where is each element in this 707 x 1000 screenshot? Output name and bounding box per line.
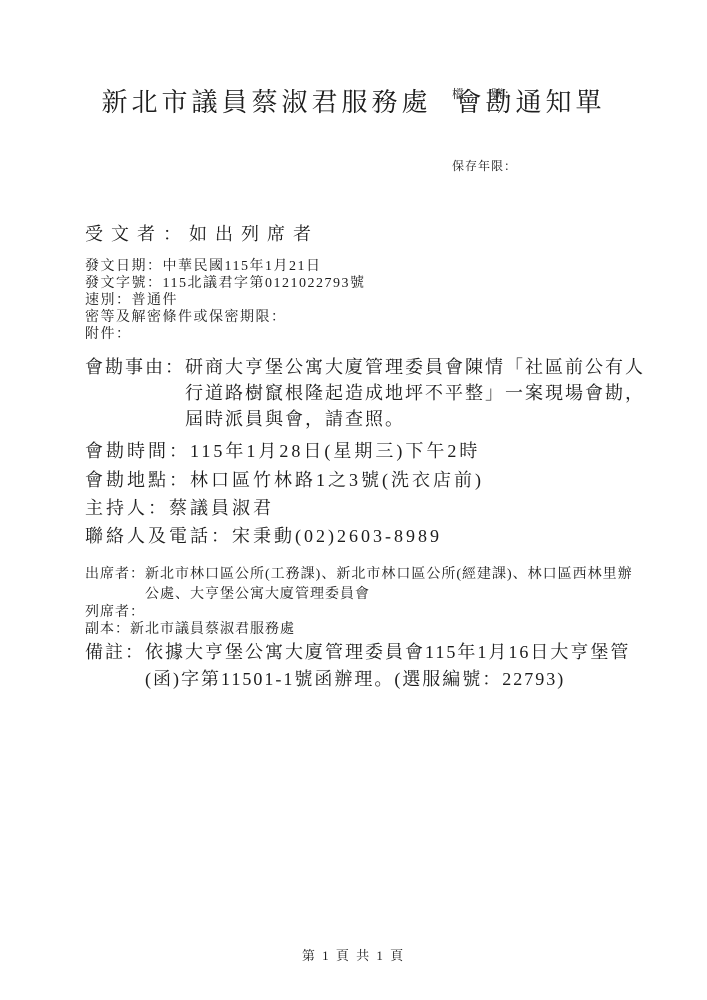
remarks-text: 依據大亨堡公寓大廈管理委員會115年1月16日大亨堡管 (函)字第11501-1…: [145, 639, 630, 693]
subject-label: 會勘事由：: [85, 354, 185, 380]
remarks-line: (函)字第11501-1號函辦理。(選服編號：22793): [145, 666, 630, 693]
issue-date-row: 發文日期：中華民國115年1月21日: [85, 258, 365, 275]
host-label: 主持人：: [85, 498, 169, 518]
issue-date-value: 中華民國115年1月21日: [163, 259, 322, 274]
cc-row: 副本：新北市議員蔡淑君服務處: [85, 620, 295, 640]
corner-labels: 檔 號： 保存年限：: [452, 34, 517, 226]
meta-block: 發文日期：中華民國115年1月21日 發文字號：115北議君字第01210227…: [85, 258, 365, 343]
retention-period-label: 保存年限：: [452, 154, 517, 178]
attendees-line: 公處、大亨堡公寓大廈管理委員會: [145, 585, 633, 605]
cc-value: 新北市議員蔡淑君服務處: [130, 622, 295, 637]
observers-label: 列席者：: [85, 605, 145, 620]
recipient-value: 如出列席者: [189, 224, 319, 244]
attachment-row: 附件：: [85, 326, 365, 343]
priority-value: 普通件: [132, 293, 179, 308]
recipient-label: 受文者：: [85, 224, 189, 244]
recipient-row: 受文者：如出列席者: [85, 220, 319, 246]
doc-number-row: 發文字號：115北議君字第0121022793號: [85, 275, 365, 292]
page-footer: 第 1 頁 共 1 頁: [0, 945, 707, 964]
priority-label: 速別：: [85, 293, 132, 308]
remarks-row: 備註： 依據大亨堡公寓大廈管理委員會115年1月16日大亨堡管 (函)字第115…: [85, 639, 630, 693]
attendees-label: 出席者：: [85, 565, 145, 585]
document-page: 檔 號： 保存年限： 新北市議員蔡淑君服務處會勘通知單 受文者：如出列席者 發文…: [0, 0, 707, 1000]
host-row: 主持人：蔡議員淑君: [85, 494, 274, 520]
inspection-time-label: 會勘時間：: [85, 441, 190, 461]
document-title: 新北市議員蔡淑君服務處會勘通知單: [0, 82, 707, 119]
inspection-location-label: 會勘地點：: [85, 470, 190, 490]
inspection-time-row: 會勘時間：115年1月28日(星期三)下午2時: [85, 437, 480, 463]
contact-row: 聯絡人及電話：宋秉動(02)2603-8989: [85, 522, 442, 548]
document-type: 會勘通知單: [456, 88, 606, 117]
doc-number-value: 115北議君字第0121022793號: [163, 276, 366, 291]
page-number: 第 1 頁 共 1 頁: [302, 948, 405, 963]
doc-number-label: 發文字號：: [85, 276, 163, 291]
subject-line: 研商大亨堡公寓大廈管理委員會陳情「社區前公有人: [185, 354, 645, 380]
contact-label: 聯絡人及電話：: [85, 526, 232, 546]
cc-label: 副本：: [85, 622, 130, 637]
office-name: 新北市議員蔡淑君服務處: [101, 88, 431, 117]
attendees-line: 新北市林口區公所(工務課)、新北市林口區公所(經建課)、林口區西林里辦: [145, 565, 633, 585]
attachment-label: 附件：: [85, 327, 132, 342]
attendees-text: 新北市林口區公所(工務課)、新北市林口區公所(經建課)、林口區西林里辦 公處、大…: [145, 565, 633, 605]
subject-line: 屆時派員與會，請查照。: [185, 406, 645, 432]
subject-row: 會勘事由： 研商大亨堡公寓大廈管理委員會陳情「社區前公有人 行道路樹竄根隆起造成…: [85, 354, 645, 432]
remarks-label: 備註：: [85, 639, 145, 666]
inspection-location-value: 林口區竹林路1之3號(洗衣店前): [190, 470, 484, 490]
inspection-location-row: 會勘地點：林口區竹林路1之3號(洗衣店前): [85, 466, 484, 492]
host-value: 蔡議員淑君: [169, 498, 274, 518]
remarks-line: 依據大亨堡公寓大廈管理委員會115年1月16日大亨堡管: [145, 639, 630, 666]
issue-date-label: 發文日期：: [85, 259, 163, 274]
security-label: 密等及解密條件或保密期限：: [85, 310, 287, 325]
priority-row: 速別：普通件: [85, 292, 365, 309]
inspection-time-value: 115年1月28日(星期三)下午2時: [190, 441, 480, 461]
subject-text: 研商大亨堡公寓大廈管理委員會陳情「社區前公有人 行道路樹竄根隆起造成地坪不平整」…: [185, 354, 645, 432]
attendees-row: 出席者： 新北市林口區公所(工務課)、新北市林口區公所(經建課)、林口區西林里辦…: [85, 565, 633, 605]
subject-line: 行道路樹竄根隆起造成地坪不平整」一案現場會勘，: [185, 380, 645, 406]
security-row: 密等及解密條件或保密期限：: [85, 309, 365, 326]
contact-value: 宋秉動(02)2603-8989: [232, 526, 442, 546]
